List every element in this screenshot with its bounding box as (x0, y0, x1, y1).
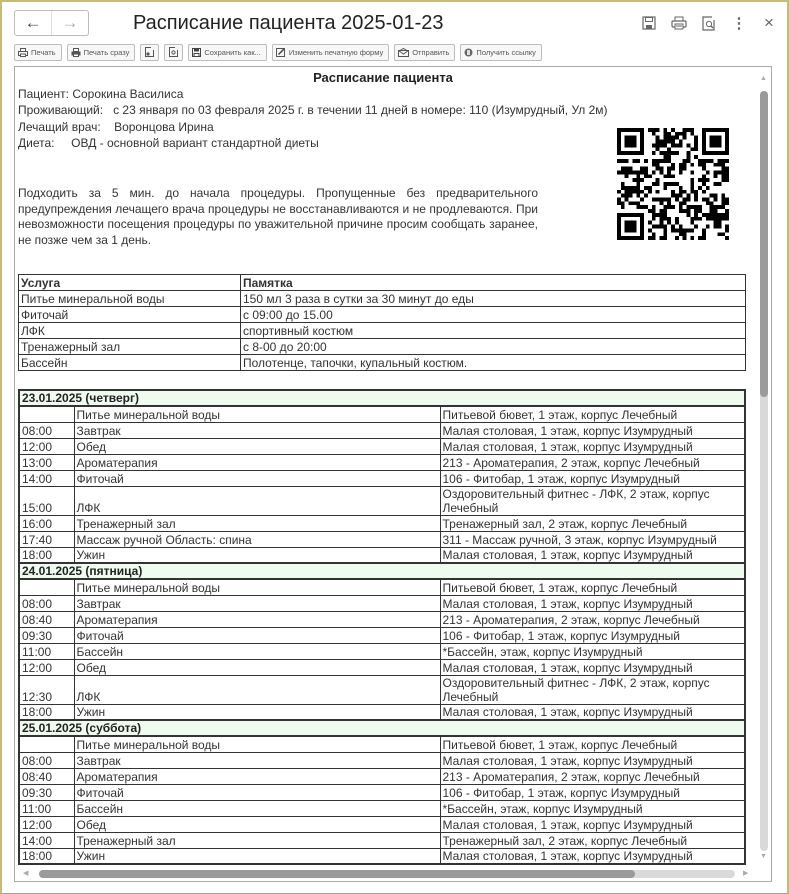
horizontal-scrollbar[interactable]: ◀ ▶ (15, 867, 759, 881)
schedule-row: 08:00ЗавтракМалая столовая, 1 этаж, корп… (19, 595, 745, 611)
location-cell: Малая столовая, 1 этаж, корпус Изумрудны… (440, 848, 745, 864)
location-cell: Малая столовая, 1 этаж, корпус Изумрудны… (440, 704, 745, 720)
schedule-row: 11:00Бассейн*Бассейн, этаж, корпус Изумр… (19, 800, 745, 816)
time-cell: 14:00 (19, 470, 74, 486)
schedule-row: 08:00ЗавтракМалая столовая, 1 этаж, корп… (19, 752, 745, 768)
printer-icon (18, 48, 28, 57)
service-memo: Полотенце, тапочки, купальный костюм. (241, 355, 746, 371)
location-cell: 106 - Фитобар, 1 этаж, корпус Изумрудный (440, 627, 745, 643)
time-cell: 11:00 (19, 800, 74, 816)
doctor-line: Лечащий врач: Воронцова Ирина (18, 120, 214, 134)
time-cell: 12:00 (19, 816, 74, 832)
time-cell: 08:00 (19, 595, 74, 611)
procedure-cell: Обед (74, 816, 440, 832)
time-cell: 15:00 (19, 486, 74, 515)
day-header-row: 24.01.2025 (пятница) (19, 563, 745, 579)
time-cell: 11:00 (19, 643, 74, 659)
day-header: 24.01.2025 (пятница) (19, 563, 745, 579)
print-settings-button[interactable] (140, 44, 159, 61)
procedure-cell: Завтрак (74, 422, 440, 438)
service-name: Тренажерный зал (19, 339, 241, 355)
day-header-row: 23.01.2025 (четверг) (19, 390, 745, 406)
procedure-cell: Фиточай (74, 627, 440, 643)
notice-text: Подходить за 5 мин. до начала процедуры.… (18, 186, 538, 248)
service-memo: спортивный костюм (241, 323, 746, 339)
time-cell: 08:00 (19, 752, 74, 768)
time-cell: 08:40 (19, 768, 74, 784)
edit-print-form-label: Изменить печатную форму (289, 48, 383, 57)
location-cell: Малая столовая, 1 этаж, корпус Изумрудны… (440, 752, 745, 768)
time-cell (19, 406, 74, 422)
schedule-row: 09:30Фиточай106 - Фитобар, 1 этаж, корпу… (19, 784, 745, 800)
time-cell: 09:30 (19, 627, 74, 643)
procedure-cell: Тренажерный зал (74, 515, 440, 531)
schedule-row: 17:40Массаж ручной Область: спина311 - М… (19, 531, 745, 547)
link-icon (464, 48, 473, 57)
header-actions: ⋮ × (634, 13, 784, 33)
location-cell: Оздоровительный фитнес - ЛФК, 2 этаж, ко… (440, 486, 745, 515)
print-icon[interactable] (664, 13, 694, 33)
schedule-row: 14:00Фиточай106 - Фитобар, 1 этаж, корпу… (19, 470, 745, 486)
service-memo: 150 мл 3 раза в сутки за 30 минут до еды (241, 291, 746, 307)
envelope-icon (398, 48, 409, 57)
location-cell: 106 - Фитобар, 1 этаж, корпус Изумрудный (440, 784, 745, 800)
column-header-memo: Памятка (241, 275, 746, 291)
schedule-row: 08:40Ароматерапия213 - Ароматерапия, 2 э… (19, 768, 745, 784)
vertical-scrollbar[interactable]: ▲ ▼ (757, 67, 771, 867)
edit-icon (276, 48, 286, 57)
location-cell: 213 - Ароматерапия, 2 этаж, корпус Лечеб… (440, 611, 745, 627)
procedure-cell: Питье минеральной воды (74, 406, 440, 422)
forward-button[interactable]: → (51, 11, 88, 35)
procedure-cell: ЛФК (74, 675, 440, 704)
location-cell: 311 - Массаж ручной, 3 этаж, корпус Изум… (440, 531, 745, 547)
location-cell: Тренажерный зал, 2 этаж, корпус Лечебный (440, 832, 745, 848)
location-cell: Малая столовая, 1 этаж, корпус Изумрудны… (440, 422, 745, 438)
time-cell: 14:00 (19, 832, 74, 848)
floppy-icon (192, 48, 201, 57)
save-as-button[interactable]: Сохранить как... (188, 44, 267, 61)
edit-print-form-button[interactable]: Изменить печатную форму (272, 44, 389, 61)
day-header: 23.01.2025 (четверг) (19, 390, 745, 406)
location-cell: 213 - Ароматерапия, 2 этаж, корпус Лечеб… (440, 768, 745, 784)
time-cell: 08:40 (19, 611, 74, 627)
back-button[interactable]: ← (15, 11, 51, 35)
procedure-cell: Ужин (74, 848, 440, 864)
service-row: Питье минеральной воды150 мл 3 раза в су… (19, 291, 746, 307)
schedule-row: 09:30Фиточай106 - Фитобар, 1 этаж, корпу… (19, 627, 745, 643)
time-cell: 18:00 (19, 704, 74, 720)
scroll-down-icon[interactable]: ▼ (760, 853, 767, 860)
page-settings-icon (145, 47, 154, 59)
schedule-row: Питье минеральной водыПитьевой бювет, 1 … (19, 579, 745, 595)
report-window: ← → Расписание пациента 2025-01-23 ⋮ × П… (0, 0, 789, 894)
service-row: Тренажерный залс 8-00 до 20:00 (19, 339, 746, 355)
time-cell: 12:00 (19, 438, 74, 454)
service-row: БассейнПолотенце, тапочки, купальный кос… (19, 355, 746, 371)
service-row: ЛФКспортивный костюм (19, 323, 746, 339)
procedure-cell: Обед (74, 659, 440, 675)
schedule-row: 12:00ОбедМалая столовая, 1 этаж, корпус … (19, 816, 745, 832)
report-toolbar: Печать Печать сразу Сохранить как... Изм… (14, 44, 542, 61)
time-cell: 16:00 (19, 515, 74, 531)
service-name: Бассейн (19, 355, 241, 371)
schedule-row: 12:30ЛФКОздоровительный фитнес - ЛФК, 2 … (19, 675, 745, 704)
procedure-cell: Питье минеральной воды (74, 579, 440, 595)
schedule-row: 12:00ОбедМалая столовая, 1 этаж, корпус … (19, 438, 745, 454)
location-cell: Малая столовая, 1 этаж, корпус Изумрудны… (440, 816, 745, 832)
services-table: Услуга Памятка Питье минеральной воды150… (18, 274, 746, 371)
time-cell: 12:30 (19, 675, 74, 704)
schedule-row: 13:00Ароматерапия213 - Ароматерапия, 2 э… (19, 454, 745, 470)
send-button[interactable]: Отправить (394, 44, 455, 61)
column-header-service: Услуга (19, 275, 241, 291)
qr-code (617, 128, 729, 240)
service-row: Фиточайс 09:00 до 15.00 (19, 307, 746, 323)
print-button[interactable]: Печать (14, 44, 62, 61)
location-cell: Малая столовая, 1 этаж, корпус Изумрудны… (440, 659, 745, 675)
location-cell: *Бассейн, этаж, корпус Изумрудный (440, 643, 745, 659)
patient-line: Пациент: Сорокина Василиса (18, 87, 183, 101)
procedure-cell: Ужин (74, 547, 440, 563)
schedule-row: Питье минеральной водыПитьевой бювет, 1 … (19, 406, 745, 422)
day-header-row: 25.01.2025 (суббота) (19, 720, 745, 736)
schedule-row: 12:00ОбедМалая столовая, 1 этаж, корпус … (19, 659, 745, 675)
procedure-cell: Питье минеральной воды (74, 736, 440, 752)
horizontal-scroll-thumb[interactable] (39, 870, 635, 878)
time-cell: 13:00 (19, 454, 74, 470)
close-icon[interactable]: × (754, 13, 784, 33)
location-cell: *Бассейн, этаж, корпус Изумрудный (440, 800, 745, 816)
document-title: Расписание пациента (18, 70, 748, 85)
save-icon[interactable] (634, 13, 664, 33)
send-label: Отправить (412, 48, 449, 57)
procedure-cell: ЛФК (74, 486, 440, 515)
service-name: Фиточай (19, 307, 241, 323)
schedule-table: 23.01.2025 (четверг)Питье минеральной во… (18, 389, 746, 865)
get-link-button[interactable]: Получить ссылку (460, 44, 541, 61)
schedule-row: 15:00ЛФКОздоровительный фитнес - ЛФК, 2 … (19, 486, 745, 515)
location-cell: Малая столовая, 1 этаж, корпус Изумрудны… (440, 547, 745, 563)
time-cell: 12:00 (19, 659, 74, 675)
day-header: 25.01.2025 (суббота) (19, 720, 745, 736)
procedure-cell: Завтрак (74, 752, 440, 768)
procedure-cell: Фиточай (74, 470, 440, 486)
schedule-row: 11:00Бассейн*Бассейн, этаж, корпус Изумр… (19, 643, 745, 659)
location-cell: 106 - Фитобар, 1 этаж, корпус Изумрудный (440, 470, 745, 486)
scroll-left-icon[interactable]: ◀ (23, 869, 28, 877)
procedure-cell: Завтрак (74, 595, 440, 611)
service-memo: с 09:00 до 15.00 (241, 307, 746, 323)
print-now-label: Печать сразу (84, 48, 130, 57)
time-cell: 08:00 (19, 422, 74, 438)
more-icon[interactable]: ⋮ (724, 13, 754, 33)
save-as-label: Сохранить как... (204, 48, 261, 57)
time-cell: 17:40 (19, 531, 74, 547)
service-name: Питье минеральной воды (19, 291, 241, 307)
window-title: Расписание пациента 2025-01-23 (133, 12, 444, 35)
time-cell: 18:00 (19, 547, 74, 563)
procedure-cell: Бассейн (74, 800, 440, 816)
procedure-cell: Фиточай (74, 784, 440, 800)
schedule-row: 18:00УжинМалая столовая, 1 этаж, корпус … (19, 848, 745, 864)
location-cell: 213 - Ароматерапия, 2 этаж, корпус Лечеб… (440, 454, 745, 470)
location-cell: Питьевой бювет, 1 этаж, корпус Лечебный (440, 736, 745, 752)
schedule-row: Питье минеральной водыПитьевой бювет, 1 … (19, 736, 745, 752)
schedule-row: 14:00Тренажерный залТренажерный зал, 2 э… (19, 832, 745, 848)
vertical-scroll-thumb[interactable] (760, 91, 768, 397)
time-cell: 09:30 (19, 784, 74, 800)
print-now-button[interactable]: Печать сразу (67, 44, 136, 61)
procedure-cell: Обед (74, 438, 440, 454)
document-viewport[interactable]: Расписание пациента Пациент: Сорокина Ва… (14, 66, 772, 882)
schedule-row: 08:00ЗавтракМалая столовая, 1 этаж, корп… (19, 422, 745, 438)
preview-button[interactable] (164, 44, 183, 61)
procedure-cell: Тренажерный зал (74, 832, 440, 848)
preview-icon[interactable] (694, 13, 724, 33)
get-link-label: Получить ссылку (476, 48, 535, 57)
location-cell: Тренажерный зал, 2 этаж, корпус Лечебный (440, 515, 745, 531)
scroll-up-icon[interactable]: ▲ (760, 75, 767, 82)
scroll-right-icon[interactable]: ▶ (743, 869, 748, 877)
schedule-row: 08:40Ароматерапия213 - Ароматерапия, 2 э… (19, 611, 745, 627)
procedure-cell: Массаж ручной Область: спина (74, 531, 440, 547)
procedure-cell: Ароматерапия (74, 768, 440, 784)
time-cell (19, 736, 74, 752)
location-cell: Питьевой бювет, 1 этаж, корпус Лечебный (440, 406, 745, 422)
printer-icon (71, 48, 81, 57)
procedure-cell: Ароматерапия (74, 454, 440, 470)
service-memo: с 8-00 до 20:00 (241, 339, 746, 355)
preview-icon (169, 47, 178, 59)
schedule-row: 18:00УжинМалая столовая, 1 этаж, корпус … (19, 547, 745, 563)
schedule-row: 16:00Тренажерный залТренажерный зал, 2 э… (19, 515, 745, 531)
schedule-row: 18:00УжинМалая столовая, 1 этаж, корпус … (19, 704, 745, 720)
procedure-cell: Ужин (74, 704, 440, 720)
location-cell: Малая столовая, 1 этаж, корпус Изумрудны… (440, 595, 745, 611)
location-cell: Оздоровительный фитнес - ЛФК, 2 этаж, ко… (440, 675, 745, 704)
time-cell (19, 579, 74, 595)
location-cell: Питьевой бювет, 1 этаж, корпус Лечебный (440, 579, 745, 595)
diet-line: Диета: ОВД - основной вариант стандартно… (18, 136, 319, 150)
navigation-buttons: ← → (14, 10, 89, 36)
stay-line: Проживающий: с 23 января по 03 февраля 2… (18, 103, 608, 117)
time-cell: 18:00 (19, 848, 74, 864)
procedure-cell: Бассейн (74, 643, 440, 659)
location-cell: Малая столовая, 1 этаж, корпус Изумрудны… (440, 438, 745, 454)
service-name: ЛФК (19, 323, 241, 339)
print-label: Печать (31, 48, 56, 57)
procedure-cell: Ароматерапия (74, 611, 440, 627)
